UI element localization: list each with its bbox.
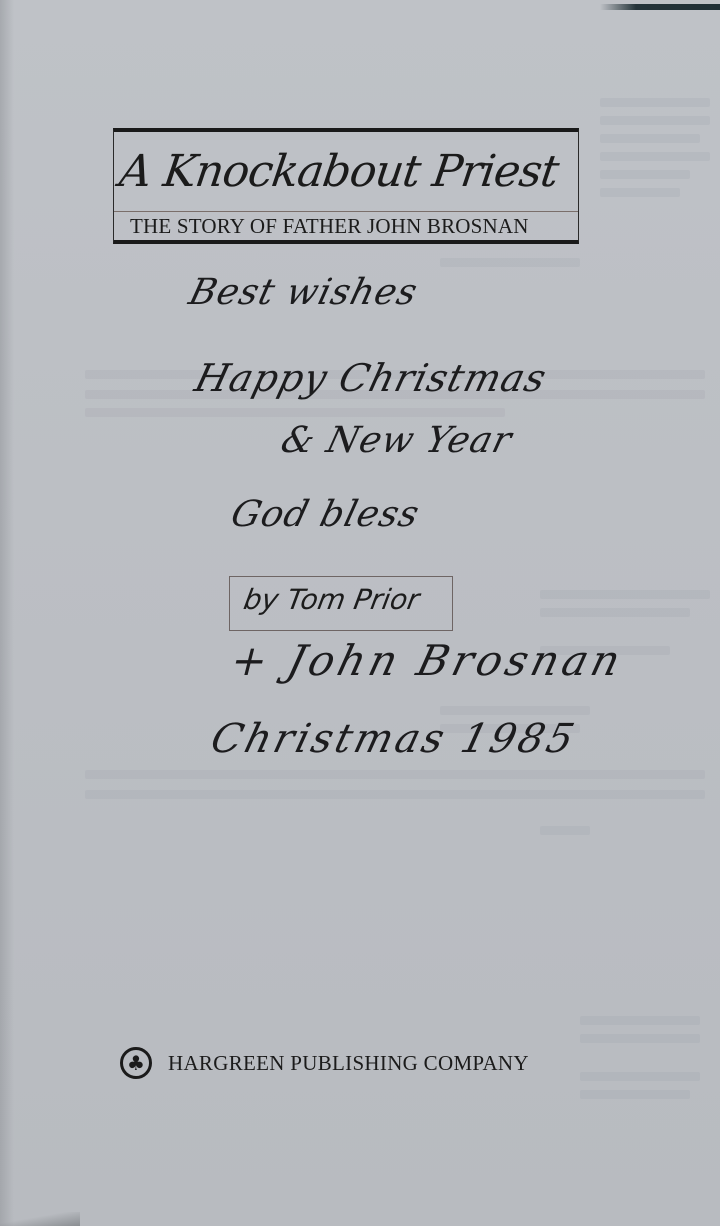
bleed-through-text <box>540 590 710 599</box>
author-box: by Tom Prior <box>229 576 453 631</box>
inscription-date: Christmas 1985 <box>206 716 581 762</box>
inscription-line-happy-christmas: Happy Christmas <box>191 356 552 400</box>
club-in-circle-icon: ♣ <box>120 1047 152 1079</box>
bleed-through-text <box>540 608 690 617</box>
bleed-through-text <box>600 170 690 179</box>
inscription-line-best-wishes: Best wishes <box>185 272 422 313</box>
bleed-through-text <box>440 258 580 267</box>
page-edge-top <box>600 4 720 10</box>
bleed-through-text <box>600 152 710 161</box>
bleed-through-text <box>580 1016 700 1025</box>
title-divider <box>114 211 578 212</box>
publisher-name: HARGREEN PUBLISHING COMPANY <box>168 1051 529 1076</box>
inscription-line-new-year: & New Year <box>277 420 516 461</box>
book-author: by Tom Prior <box>241 583 422 616</box>
bleed-through-text <box>440 706 590 715</box>
bleed-through-text <box>85 408 505 417</box>
title-box: A Knockabout Priest THE STORY OF FATHER … <box>113 128 579 244</box>
bleed-through-text <box>580 1090 690 1099</box>
bleed-through-text <box>85 790 705 799</box>
bleed-through-text <box>600 188 680 197</box>
bleed-through-text <box>580 1072 700 1081</box>
page-edge-bottom <box>0 1212 80 1226</box>
inscription-line-god-bless: God bless <box>227 494 424 535</box>
bleed-through-text <box>600 98 710 107</box>
inscription-signature: + John Brosnan <box>226 636 629 685</box>
book-title: A Knockabout Priest <box>115 138 575 206</box>
bleed-through-text <box>600 134 700 143</box>
bleed-through-text <box>600 116 710 125</box>
bleed-through-text <box>580 1034 700 1043</box>
page-edge-left <box>0 0 14 1226</box>
bleed-through-text <box>85 770 705 779</box>
bleed-through-text <box>540 826 590 835</box>
publisher-imprint: ♣ HARGREEN PUBLISHING COMPANY <box>120 1043 529 1083</box>
book-subtitle: THE STORY OF FATHER JOHN BROSNAN <box>130 214 570 239</box>
title-page: A Knockabout Priest THE STORY OF FATHER … <box>0 0 720 1226</box>
